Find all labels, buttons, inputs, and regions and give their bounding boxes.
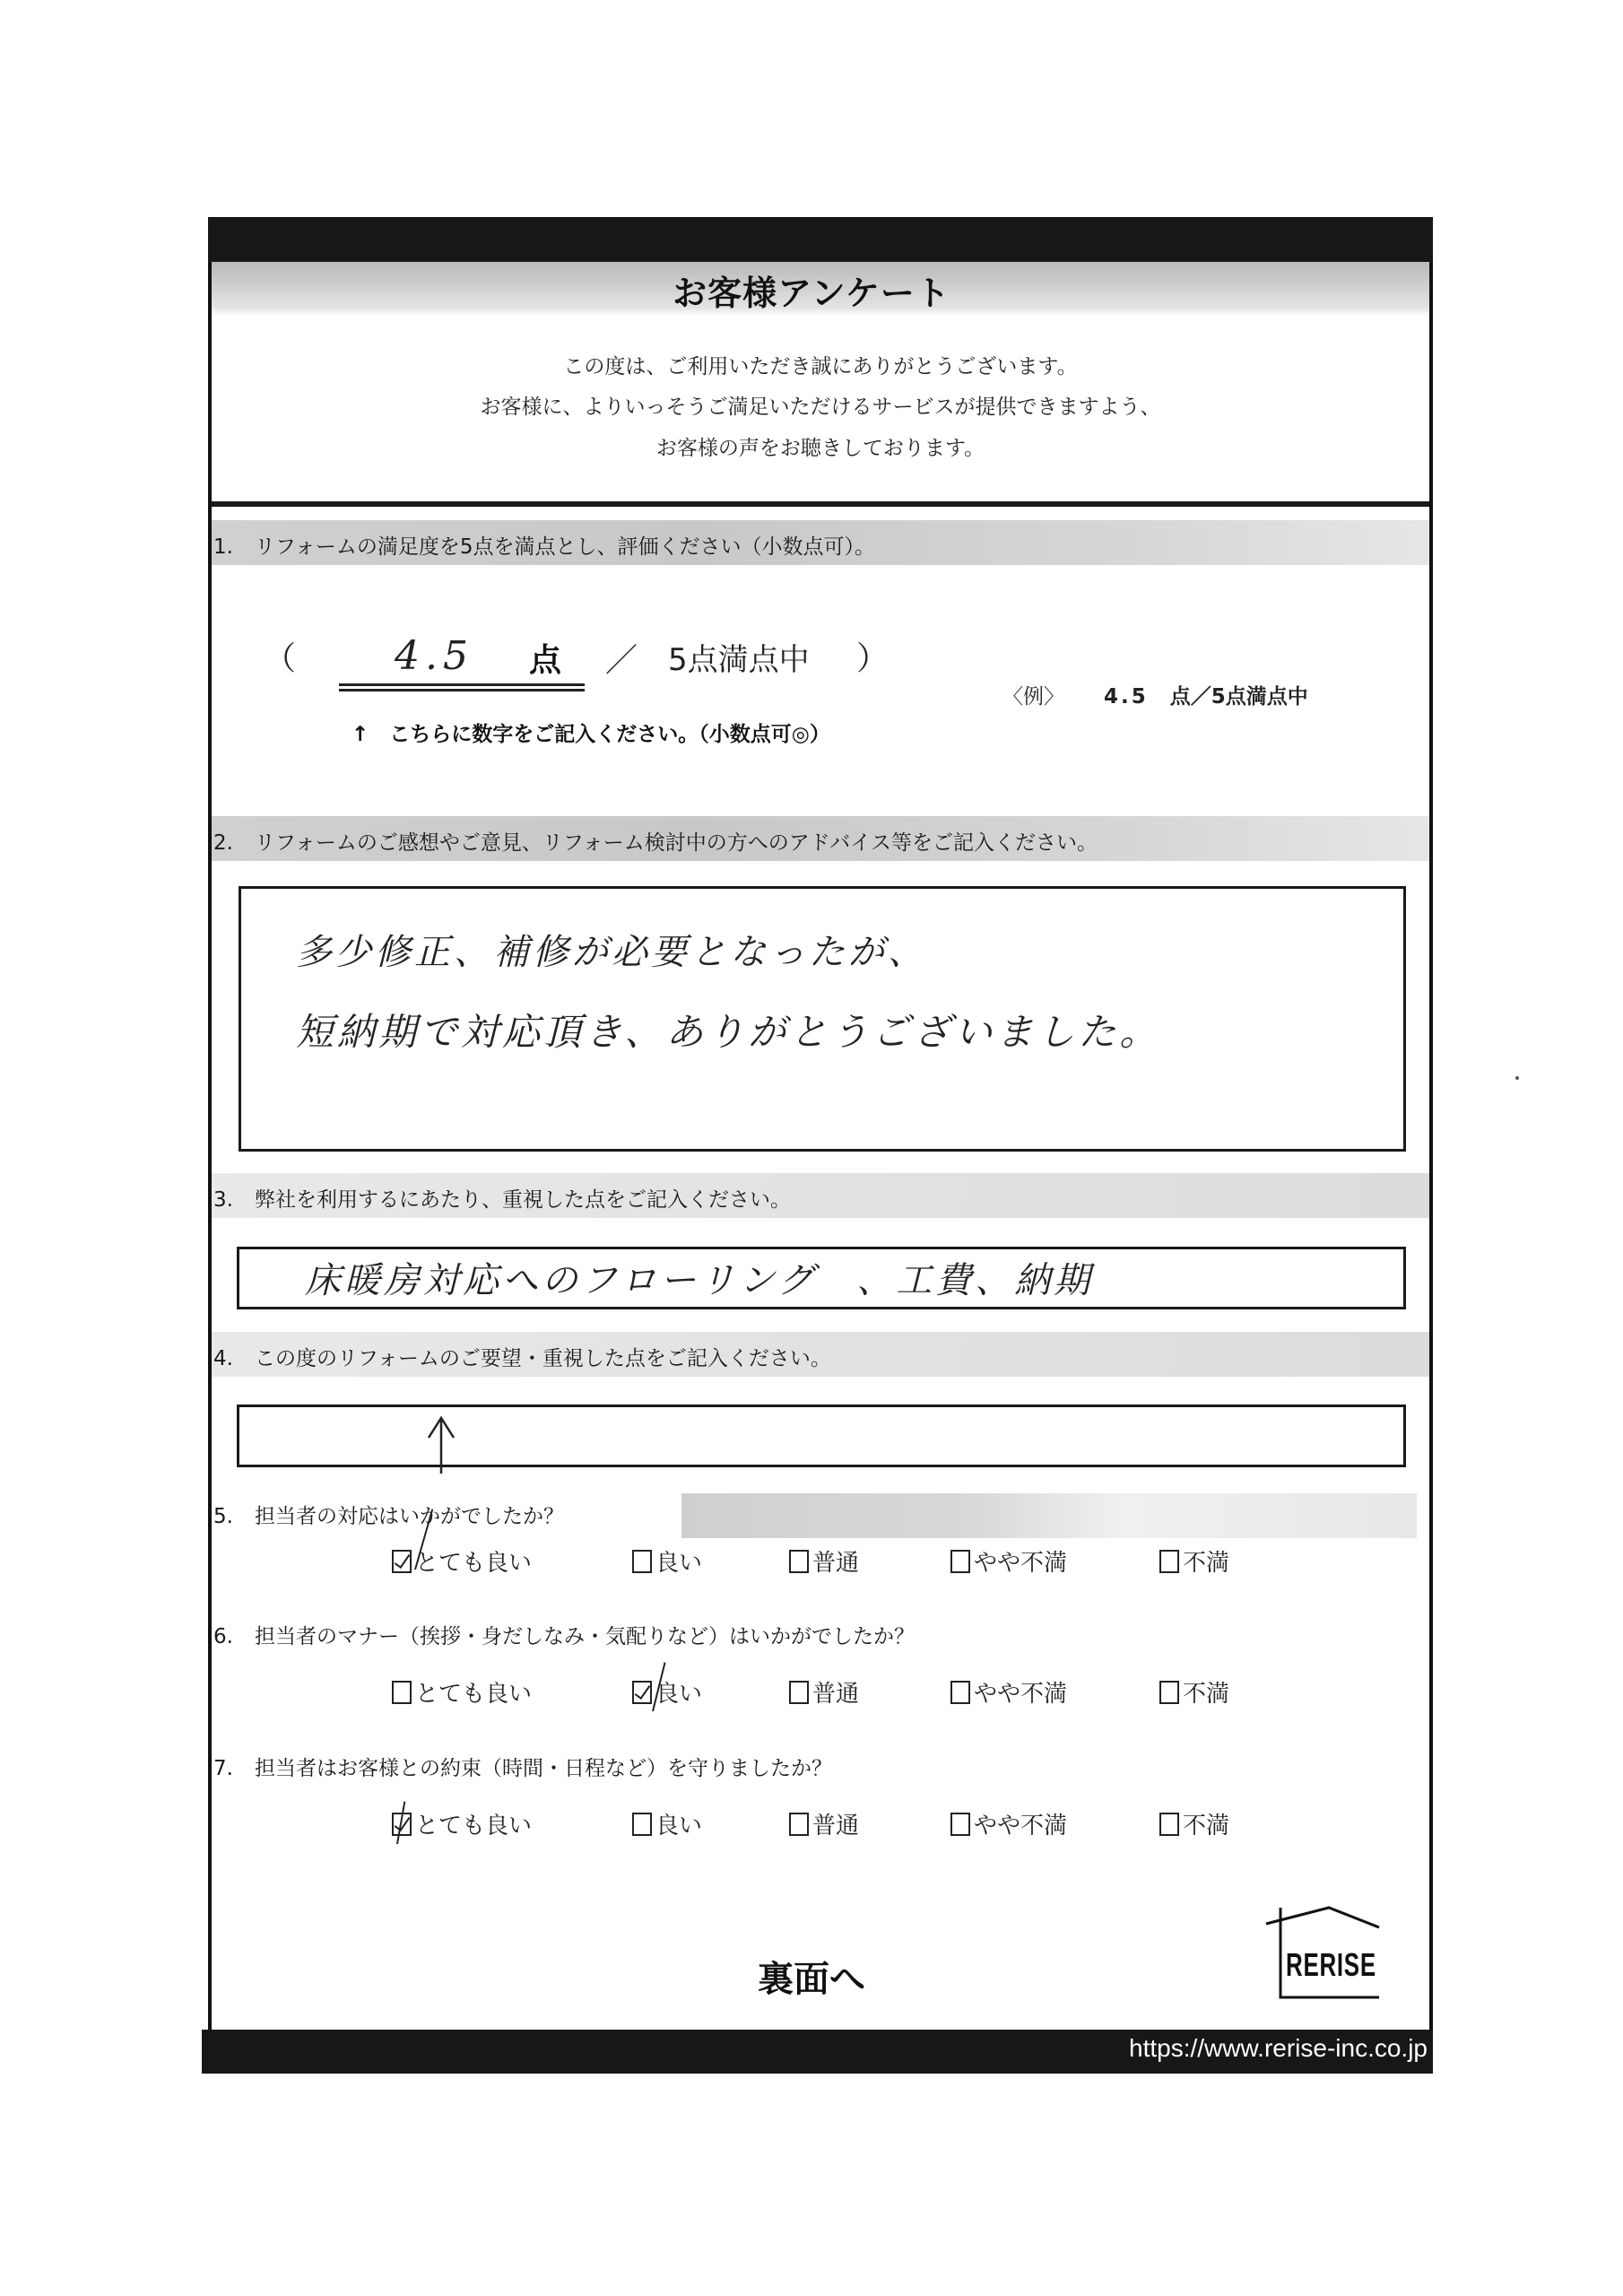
checkbox-icon[interactable] [950, 1550, 970, 1573]
q3-number: 3. [213, 1188, 255, 1212]
q4-heading: 4.この度のリフォームのご要望・重視した点をご記入ください。 [213, 1342, 831, 1371]
q6-options: とても良い 良い 普通 やや不満 不満 [0, 1675, 1623, 1711]
q5-heading-band [681, 1493, 1417, 1538]
intro-line-2: お客様に、よりいっそうご満足いただけるサービスが提供できますよう、 [212, 390, 1429, 420]
q2-answer-line-2: 短納期で対応頂き、ありがとうございました。 [296, 1003, 1160, 1057]
checkbox-icon[interactable] [1159, 1681, 1179, 1704]
q2-text: リフォームのご感想やご意見、リフォーム検討中の方へのアドバイス等をご記入ください… [255, 831, 1098, 855]
q5-option-dissatisfied[interactable]: 不満 [1159, 1544, 1229, 1578]
checkbox-icon[interactable] [789, 1550, 809, 1573]
q7-number: 7. [213, 1757, 255, 1780]
q1-example: 〈例〉4.5点／5点満点中 [1002, 680, 1308, 709]
checkbox-icon[interactable] [1159, 1813, 1179, 1836]
q7-option-somewhat-dissatisfied[interactable]: やや不満 [950, 1807, 1067, 1840]
q5-options: とても良い 良い 普通 やや不満 不満 [0, 1544, 1623, 1580]
q1-separator: ／ [605, 635, 638, 681]
q3-heading: 3.弊社を利用するにあたり、重視した点をご記入ください。 [213, 1183, 791, 1213]
q4-number: 4. [213, 1347, 255, 1370]
q1-heading: 1.リフォームの満足度を5点を満点とし、評価ください（小数点可）。 [213, 530, 875, 560]
q1-underline-bottom [339, 689, 585, 691]
q7-option-very-good[interactable]: とても良い [392, 1807, 532, 1840]
q1-score-input[interactable]: 4.5 [395, 633, 473, 679]
q4-answer-box[interactable] [237, 1405, 1406, 1467]
q1-score-unit: 点 [529, 635, 561, 681]
checkbox-icon[interactable] [950, 1813, 970, 1836]
brand-logo-text: RERISE [1286, 1946, 1376, 1984]
q7-heading: 7.担当者はお客様との約束（時間・日程など）を守りましたか？ [213, 1752, 832, 1781]
checkbox-checked-icon[interactable] [632, 1681, 652, 1704]
checkbox-icon[interactable] [632, 1550, 652, 1573]
checkbox-icon[interactable] [392, 1681, 412, 1704]
checkbox-icon[interactable] [789, 1681, 809, 1704]
q3-answer: 床暖房対応へのフローリング 、工費、納期 [305, 1252, 1093, 1303]
q6-number: 6. [213, 1625, 255, 1648]
q5-number: 5. [213, 1505, 255, 1528]
q3-text: 弊社を利用するにあたり、重視した点をご記入ください。 [255, 1188, 791, 1212]
q5-text: 担当者の対応はいかがでしたか？ [255, 1505, 564, 1528]
q1-hint: ↑ こちらに数字をご記入ください。（小数点可◎） [352, 717, 830, 747]
checkbox-icon[interactable] [789, 1813, 809, 1836]
q7-option-dissatisfied[interactable]: 不満 [1159, 1807, 1229, 1840]
q6-option-dissatisfied[interactable]: 不満 [1159, 1675, 1229, 1709]
q7-options: とても良い 良い 普通 やや不満 不満 [0, 1807, 1623, 1843]
q1-open-paren: （ [264, 633, 296, 679]
intro-line-1: この度は、ご利用いただき誠にありがとうございます。 [212, 350, 1429, 379]
q6-text: 担当者のマナー（挨拶・身だしなみ・気配りなど）はいかがでしたか？ [255, 1625, 915, 1648]
q1-close-paren: ） [856, 633, 889, 679]
checkbox-icon[interactable] [632, 1813, 652, 1836]
q5-option-average[interactable]: 普通 [789, 1544, 859, 1578]
website-url[interactable]: https://www.rerise-inc.co.jp [1129, 2034, 1428, 2063]
q6-option-good[interactable]: 良い [632, 1675, 702, 1709]
q1-number: 1. [213, 535, 255, 559]
example-unit: 点／5点満点中 [1170, 685, 1308, 709]
q5-option-very-good[interactable]: とても良い [392, 1544, 532, 1578]
q6-option-very-good[interactable]: とても良い [392, 1675, 532, 1709]
q5-heading: 5.担当者の対応はいかがでしたか？ [213, 1500, 564, 1529]
q1-text: リフォームの満足度を5点を満点とし、評価ください（小数点可）。 [255, 535, 875, 559]
q1-max-label: 5点満点中 [668, 635, 810, 679]
checkbox-checked-icon[interactable] [392, 1550, 412, 1573]
page-title: お客様アンケート [0, 265, 1623, 315]
example-value: 4.5 [1104, 685, 1149, 709]
intro-line-3: お客様の声をお聴きしております。 [212, 431, 1429, 461]
q6-heading: 6.担当者のマナー（挨拶・身だしなみ・気配りなど）はいかがでしたか？ [213, 1620, 915, 1649]
stray-mark [1515, 1076, 1519, 1080]
q1-underline-top [339, 683, 585, 686]
example-label: 〈例〉 [1002, 685, 1064, 709]
q5-option-somewhat-dissatisfied[interactable]: やや不満 [950, 1544, 1067, 1578]
q4-text: この度のリフォームのご要望・重視した点をご記入ください。 [255, 1347, 831, 1370]
q7-option-average[interactable]: 普通 [789, 1807, 859, 1840]
q7-text: 担当者はお客様との約束（時間・日程など）を守りましたか？ [255, 1757, 832, 1780]
checkbox-icon[interactable] [1159, 1550, 1179, 1573]
q4-arrow-up-icon [423, 1413, 459, 1475]
q2-heading: 2.リフォームのご感想やご意見、リフォーム検討中の方へのアドバイス等をご記入くだ… [213, 826, 1098, 856]
q6-option-average[interactable]: 普通 [789, 1675, 859, 1709]
q6-option-somewhat-dissatisfied[interactable]: やや不満 [950, 1675, 1067, 1709]
q2-number: 2. [213, 831, 255, 855]
section-divider [212, 501, 1429, 507]
checkbox-icon[interactable] [950, 1681, 970, 1704]
q7-option-good[interactable]: 良い [632, 1807, 702, 1840]
q2-answer-line-1: 多少修正、補修が必要となったが、 [296, 924, 927, 975]
top-black-bar [208, 217, 1433, 262]
q5-option-good[interactable]: 良い [632, 1544, 702, 1578]
